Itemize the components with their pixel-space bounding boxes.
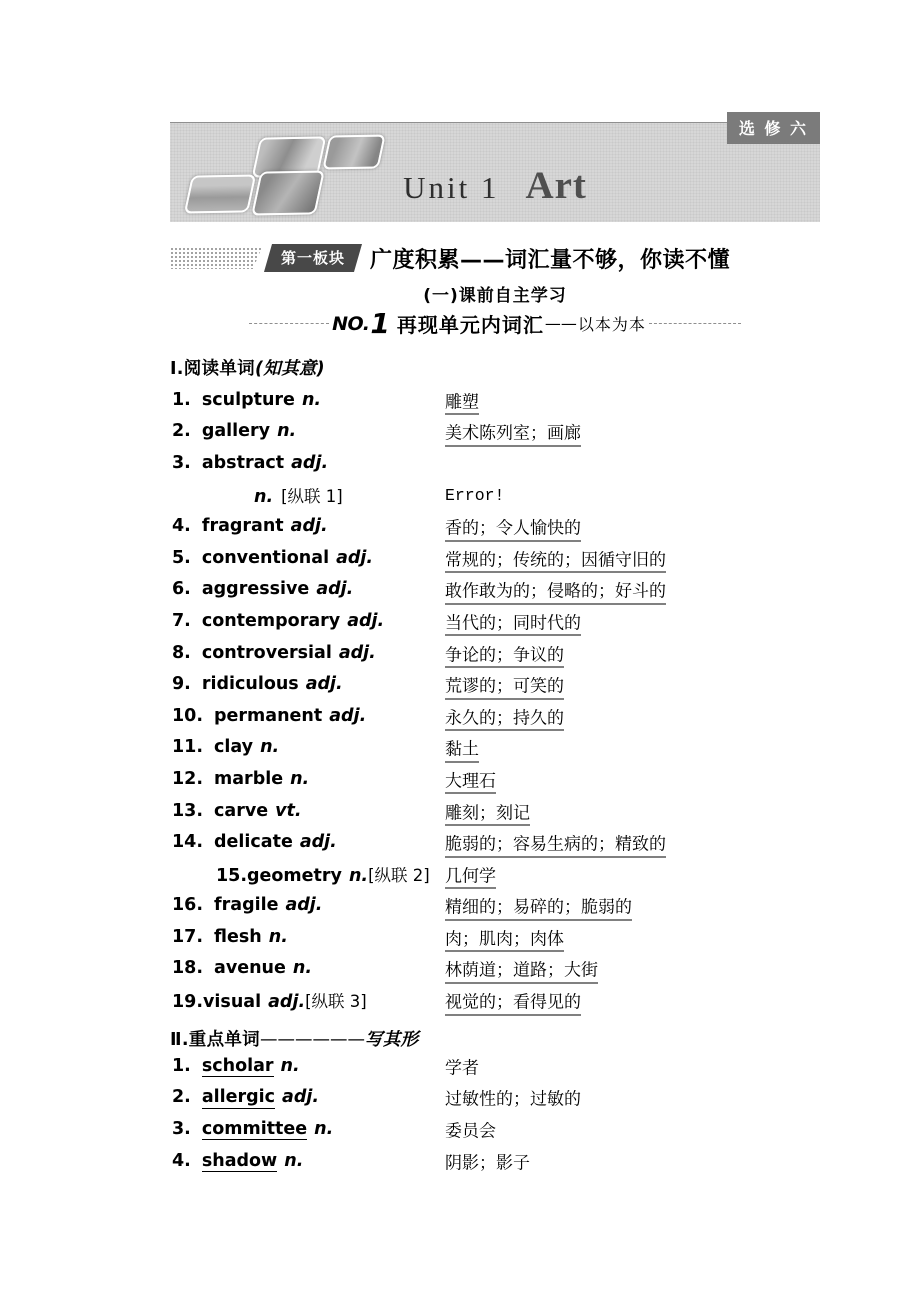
item-number: 18. (172, 958, 203, 978)
item-number: 14. (172, 832, 203, 852)
vocab-entry: n.[纵联 1] (254, 483, 343, 507)
vocab-row: 6.aggressiveadj.敢作敢为的；侵略的；好斗的 (170, 574, 820, 606)
definition-text: 脆弱的；容易生病的；精致的 (445, 835, 666, 858)
vocab-row: 15.geometryn.[纵联 2]几何学 (170, 858, 820, 890)
english-word: permanent (214, 706, 322, 726)
part-of-speech: n. (277, 421, 296, 441)
english-word: sculpture (202, 390, 295, 410)
english-word: fragrant (202, 516, 284, 536)
vocab-row: 3.abstractadj. (170, 447, 820, 479)
english-word: flesh (214, 927, 262, 947)
unit-title: Unit 1Art (170, 163, 820, 208)
vocab-entry: 16.fragileadj. (172, 895, 322, 915)
part-of-speech: adj. (339, 643, 376, 663)
item-number: 7. (172, 611, 191, 631)
english-word: clay (214, 737, 253, 757)
item-number: 3. (172, 453, 191, 473)
no1-dash: —— (545, 314, 577, 333)
english-word: scholar (202, 1056, 274, 1078)
vocab-entry: 9.ridiculousadj. (172, 674, 343, 694)
definition-cell: 精细的；易碎的；脆弱的 (445, 893, 632, 918)
vocab-list-reading-words: 1.sculpturen.雕塑2.galleryn.美术陈列室；画廊3.abst… (170, 384, 820, 1016)
section2-heading-note: 写其形 (365, 1030, 418, 1050)
definition-cell: 几何学 (445, 861, 496, 886)
vocab-entry: 4.shadown. (172, 1151, 303, 1171)
vocab-entry: 18.avenuen. (172, 958, 312, 978)
english-word: carve (214, 801, 268, 821)
definition-text: 视觉的；看得见的 (445, 993, 581, 1016)
section1-heading-note: (知其意) (255, 359, 325, 379)
item-number: 11. (172, 737, 203, 757)
vocab-row: 14.delicateadj.脆弱的；容易生病的；精致的 (170, 826, 820, 858)
english-word: conventional (202, 548, 329, 568)
part-of-speech: adj. (291, 453, 328, 473)
part-of-speech: adj. (285, 895, 322, 915)
definition-text: 争论的；争议的 (445, 645, 564, 668)
vocab-entry: 3.abstractadj. (172, 453, 328, 473)
english-word: ridiculous (202, 674, 299, 694)
definition-text: 委员会 (445, 1121, 496, 1141)
definition-text: Error! (445, 486, 504, 505)
part-of-speech: adj. (300, 832, 337, 852)
definition-text: 黏土 (445, 740, 479, 763)
vocab-row: 4.shadown.阴影；影子 (170, 1145, 820, 1177)
definition-cell: 大理石 (445, 766, 496, 791)
vocab-row: 1.sculpturen.雕塑 (170, 384, 820, 416)
section2-heading-main: Ⅱ.重点单词 (170, 1030, 260, 1050)
definition-text: 阴影；影子 (445, 1153, 530, 1173)
definition-cell: 敢作敢为的；侵略的；好斗的 (445, 577, 666, 602)
vocab-row: 2.allergicadj.过敏性的；过敏的 (170, 1082, 820, 1114)
vocab-row: 1.scholarn.学者 (170, 1050, 820, 1082)
item-number: 12. (172, 769, 203, 789)
part-of-speech: n. (254, 487, 273, 507)
definition-text: 雕刻；刻记 (445, 803, 530, 826)
section-header-bar: 第一板块 广度积累——词汇量不够，你读不懂 (170, 242, 820, 274)
definition-cell: 委员会 (445, 1116, 496, 1141)
vocab-row: 17.fleshn.肉；肌肉；肉体 (170, 921, 820, 953)
no-label: NO. (332, 313, 369, 335)
part-of-speech: n. (302, 390, 321, 410)
part-of-speech: n. (293, 958, 312, 978)
part-of-speech: adj. (306, 674, 343, 694)
english-word: delicate (214, 832, 293, 852)
definition-text: 几何学 (445, 866, 496, 889)
definition-cell: 黏土 (445, 735, 479, 760)
english-word: abstract (202, 453, 284, 473)
item-number: 4. (172, 1151, 191, 1171)
cross-reference-note: [纵联 1] (281, 487, 343, 506)
vocab-list-key-words: 1.scholarn.学者2.allergicadj.过敏性的；过敏的3.com… (170, 1050, 820, 1176)
part-of-speech: adj. (282, 1087, 319, 1107)
definition-cell: 视觉的；看得见的 (445, 988, 581, 1013)
vocab-entry: 17.fleshn. (172, 927, 288, 947)
right-dash-line (649, 323, 741, 324)
item-number: 13. (172, 801, 203, 821)
elective-volume-badge: 选 修 六 (727, 112, 820, 144)
vocab-entry: 14.delicateadj. (172, 832, 337, 852)
definition-text: 当代的；同时代的 (445, 613, 581, 636)
vocab-row: n.[纵联 1]Error! (170, 479, 820, 511)
unit-banner: Unit 1Art (170, 122, 820, 222)
vocab-entry: 2.allergicadj. (172, 1087, 319, 1107)
halftone-texture (170, 247, 262, 269)
item-number: 10. (172, 706, 203, 726)
vocab-row: 3.committeen.委员会 (170, 1113, 820, 1145)
definition-text: 过敏性的；过敏的 (445, 1090, 581, 1110)
part-of-speech: n. (281, 1056, 300, 1076)
document-page: 选 修 六 Unit 1Art 第一板块 广度积累——词汇量不够，你读不懂 (一… (170, 0, 820, 1302)
definition-text: 林荫道；道路；大街 (445, 961, 598, 984)
vocab-row: 4.fragrantadj.香的；令人愉快的 (170, 510, 820, 542)
section-badge-label: 第一板块 (281, 249, 345, 267)
part-of-speech: n. (269, 927, 288, 947)
part-of-speech: adj. (347, 611, 384, 631)
english-word: gallery (202, 421, 270, 441)
unit-label: Unit 1 (403, 170, 499, 205)
vocab-entry: 2.galleryn. (172, 421, 296, 441)
english-word: visual (203, 992, 261, 1012)
item-number: 19. (172, 992, 203, 1012)
no1-subtitle: 以本为本 (578, 312, 646, 335)
definition-cell: 林荫道；道路；大街 (445, 956, 598, 981)
section2-heading-dash: —————— (260, 1030, 365, 1050)
english-word: fragile (214, 895, 278, 915)
definition-cell: 当代的；同时代的 (445, 608, 581, 633)
item-number: 5. (172, 548, 191, 568)
item-number: 8. (172, 643, 191, 663)
vocab-entry: 11.clayn. (172, 737, 279, 757)
english-word: allergic (202, 1087, 275, 1109)
definition-text: 永久的；持久的 (445, 708, 564, 731)
part-of-speech: n. (284, 1151, 303, 1171)
english-word: committee (202, 1119, 307, 1141)
definition-cell: 脆弱的；容易生病的；精致的 (445, 830, 666, 855)
part-of-speech: n. (260, 737, 279, 757)
unit-name: Art (525, 164, 586, 207)
vocab-entry: 5.conventionaladj. (172, 548, 373, 568)
item-number: 3. (172, 1119, 191, 1139)
english-word: shadow (202, 1151, 277, 1173)
part-of-speech: n. (290, 769, 309, 789)
english-word: controversial (202, 643, 332, 663)
item-number: 17. (172, 927, 203, 947)
vocab-row: 8.controversialadj.争论的；争议的 (170, 637, 820, 669)
part-of-speech: adj. (329, 706, 366, 726)
section1-heading: Ⅰ.阅读单词(知其意) (170, 355, 325, 380)
vocab-entry: 1.scholarn. (172, 1056, 300, 1076)
cross-reference-note: [纵联 2] (368, 866, 430, 885)
english-word: geometry (247, 866, 342, 886)
part-of-speech: adj. (336, 548, 373, 568)
definition-cell: 争论的；争议的 (445, 640, 564, 665)
item-number: 15. (216, 866, 247, 886)
definition-cell: 常规的；传统的；因循守旧的 (445, 545, 666, 570)
vocab-row: 5.conventionaladj.常规的；传统的；因循守旧的 (170, 542, 820, 574)
item-number: 4. (172, 516, 191, 536)
vocab-entry: 3.committeen. (172, 1119, 333, 1139)
vocab-row: 16.fragileadj.精细的；易碎的；脆弱的 (170, 890, 820, 922)
item-number: 2. (172, 1087, 191, 1107)
vocab-entry: 10.permanentadj. (172, 706, 366, 726)
definition-text: 美术陈列室；画廊 (445, 424, 581, 447)
part-of-speech: vt. (275, 801, 301, 821)
definition-text: 大理石 (445, 771, 496, 794)
definition-cell: 永久的；持久的 (445, 703, 564, 728)
section1-heading-main: Ⅰ.阅读单词 (170, 359, 255, 379)
no1-heading: NO. 1 再现单元内词汇 —— 以本为本 (170, 309, 820, 338)
item-number: 1. (172, 390, 191, 410)
definition-cell: 肉；肌肉；肉体 (445, 924, 564, 949)
definition-cell: 雕刻；刻记 (445, 798, 530, 823)
vocab-entry: 19.visualadj.[纵联 3] (172, 988, 367, 1012)
vocab-entry: 4.fragrantadj. (172, 516, 328, 536)
vocab-entry: 13.carvevt. (172, 801, 302, 821)
vocab-entry: 12.marblen. (172, 769, 309, 789)
definition-text: 常规的；传统的；因循守旧的 (445, 550, 666, 573)
part-of-speech: n. (314, 1119, 333, 1139)
english-word: contemporary (202, 611, 340, 631)
definition-cell: 美术陈列室；画廊 (445, 419, 581, 444)
item-number: 6. (172, 579, 191, 599)
definition-cell: 香的；令人愉快的 (445, 514, 581, 539)
vocab-row: 9.ridiculousadj.荒谬的；可笑的 (170, 668, 820, 700)
vocab-entry: 15.geometryn.[纵联 2] (216, 862, 430, 886)
no-number: 1 (370, 310, 389, 338)
definition-text: 敢作敢为的；侵略的；好斗的 (445, 582, 666, 605)
definition-text: 学者 (445, 1058, 479, 1078)
vocab-entry: 8.controversialadj. (172, 643, 376, 663)
definition-cell: 荒谬的；可笑的 (445, 672, 564, 697)
definition-text: 香的；令人愉快的 (445, 519, 581, 542)
item-number: 2. (172, 421, 191, 441)
part-of-speech: adj. (316, 579, 353, 599)
section-number-badge: 第一板块 (268, 244, 358, 272)
definition-cell: 阴影；影子 (445, 1148, 530, 1173)
english-word: aggressive (202, 579, 309, 599)
vocab-row: 11.clayn.黏土 (170, 732, 820, 764)
vocab-row: 18.avenuen.林荫道；道路；大街 (170, 953, 820, 985)
definition-cell: 雕塑 (445, 387, 479, 412)
cross-reference-note: [纵联 3] (305, 992, 367, 1011)
vocab-entry: 6.aggressiveadj. (172, 579, 353, 599)
no1-title: 再现单元内词汇 (397, 309, 544, 338)
part-of-speech: adj. (291, 516, 328, 536)
part-of-speech: n. (349, 866, 368, 886)
definition-text: 精细的；易碎的；脆弱的 (445, 898, 632, 921)
definition-cell: Error! (445, 485, 504, 505)
definition-cell: 过敏性的；过敏的 (445, 1085, 581, 1110)
section-title: 广度积累——词汇量不够，你读不懂 (370, 243, 730, 274)
vocab-row: 19.visualadj.[纵联 3]视觉的；看得见的 (170, 984, 820, 1016)
item-number: 1. (172, 1056, 191, 1076)
vocab-entry: 7.contemporaryadj. (172, 611, 384, 631)
section2-heading: Ⅱ.重点单词——————写其形 (170, 1026, 418, 1051)
vocab-row: 13.carvevt.雕刻；刻记 (170, 795, 820, 827)
english-word: marble (214, 769, 283, 789)
definition-text: 肉；肌肉；肉体 (445, 929, 564, 952)
item-number: 9. (172, 674, 191, 694)
vocab-row: 10.permanentadj.永久的；持久的 (170, 700, 820, 732)
definition-text: 荒谬的；可笑的 (445, 677, 564, 700)
lesson-subtitle: (一)课前自主学习 (170, 281, 820, 306)
vocab-entry: 1.sculpturen. (172, 390, 321, 410)
definition-cell: 学者 (445, 1053, 479, 1078)
part-of-speech: adj. (268, 992, 305, 1012)
vocab-row: 12.marblen.大理石 (170, 763, 820, 795)
vocab-row: 7.contemporaryadj.当代的；同时代的 (170, 605, 820, 637)
vocab-row: 2.galleryn.美术陈列室；画廊 (170, 416, 820, 448)
left-dash-line (249, 323, 329, 324)
definition-text: 雕塑 (445, 392, 479, 415)
item-number: 16. (172, 895, 203, 915)
english-word: avenue (214, 958, 286, 978)
